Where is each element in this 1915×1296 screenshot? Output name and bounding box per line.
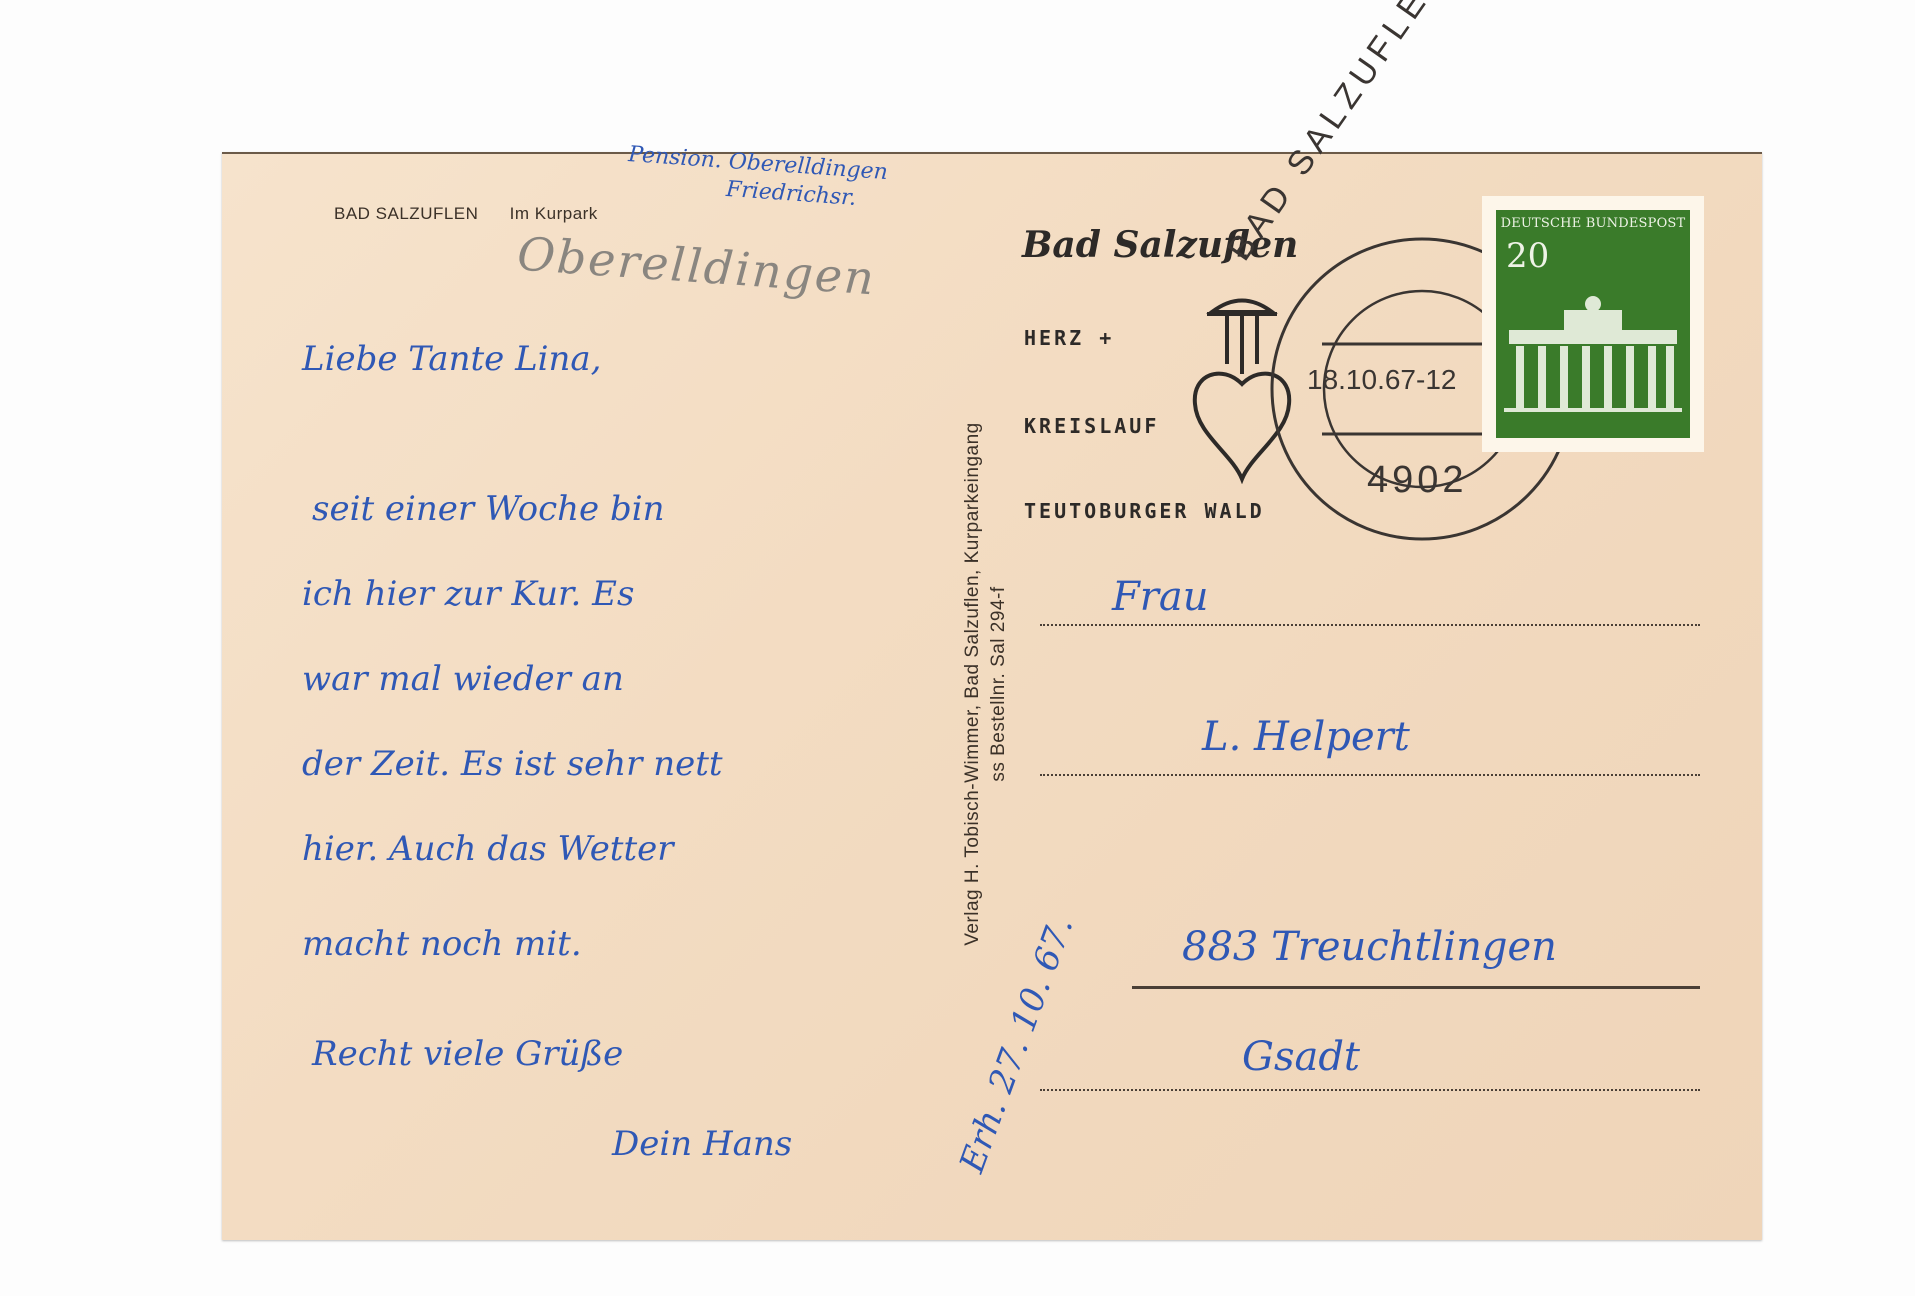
message-greeting: Liebe Tante Lina, — [302, 339, 602, 379]
address-street: Gsadt — [1242, 1034, 1360, 1080]
stamp-value: 20 — [1506, 236, 1549, 276]
postcard-back: BAD SALZUFLEN Im Kurpark Oberelldingen P… — [222, 152, 1762, 1240]
pencil-note: Oberelldingen — [516, 227, 878, 306]
address-city-underline — [1132, 986, 1700, 989]
message-line: der Zeit. Es ist sehr nett — [302, 744, 723, 784]
address-salutation: Frau — [1112, 574, 1208, 620]
postage-stamp: DEUTSCHE BUNDESPOST 20 — [1482, 196, 1704, 452]
postmark-date: 18.10.67-12 — [1307, 364, 1456, 396]
address-dotted-line — [1040, 774, 1700, 776]
message-line: ich hier zur Kur. Es — [302, 574, 634, 614]
caption-place: BAD SALZUFLEN — [334, 204, 478, 223]
message-line: seit einer Woche bin — [312, 489, 665, 529]
publisher-line: Verlag H. Tobisch-Wimmer, Bad Salzuflen,… — [960, 324, 986, 1044]
caption-subject: Im Kurpark — [510, 204, 598, 223]
message-signature: Dein Hans — [612, 1124, 792, 1164]
stamp-issuer: DEUTSCHE BUNDESPOST — [1496, 216, 1690, 231]
ink-note-top: Pension. Oberelldingen Friedrichsr. — [625, 141, 888, 215]
message-line: Recht viele Grüße — [312, 1034, 623, 1074]
address-city: 883 Treuchtlingen — [1182, 924, 1557, 970]
address-dotted-line — [1040, 1089, 1700, 1091]
message-line: macht noch mit. — [302, 924, 582, 964]
address-dotted-line — [1040, 624, 1700, 626]
slogan-line: HERZ + — [1024, 326, 1114, 350]
publisher-line: ss Bestellnr. Sal 294-f — [986, 324, 1012, 1044]
postmark-postcode: 4902 — [1367, 459, 1468, 502]
brandenburg-gate-icon — [1504, 290, 1682, 420]
message-line: war mal wieder an — [302, 659, 624, 699]
printed-caption: BAD SALZUFLEN Im Kurpark — [334, 204, 624, 224]
slogan-line: KREISLAUF — [1024, 414, 1159, 438]
address-name: L. Helpert — [1202, 714, 1410, 760]
message-line: hier. Auch das Wetter — [302, 829, 674, 869]
